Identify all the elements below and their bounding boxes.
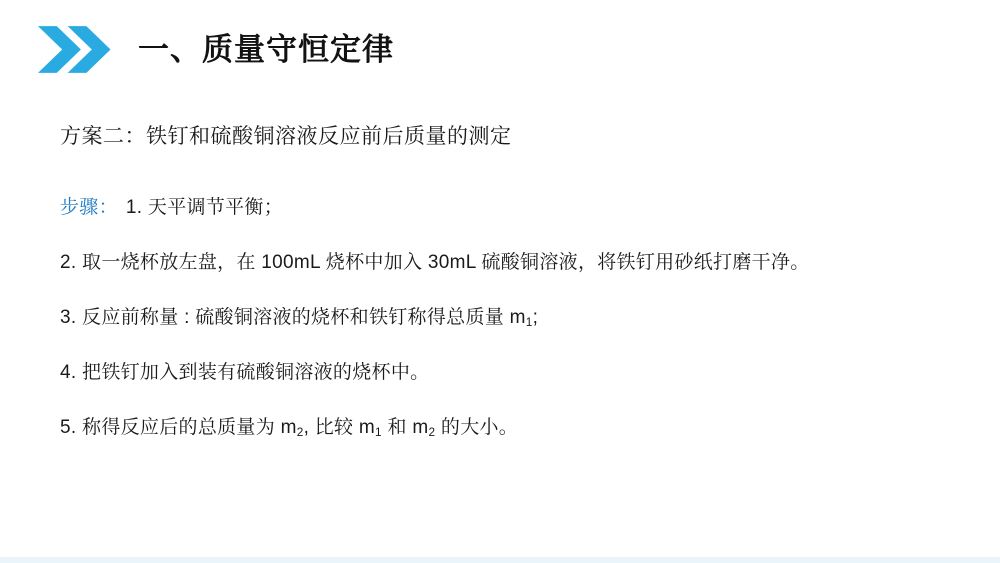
step-text-4: 4. 把铁钉加入到装有硫酸铜溶液的烧杯中。 xyxy=(60,362,429,383)
slide-header: 一、质量守恒定律 xyxy=(38,26,394,73)
step-line-4: 4. 把铁钉加入到装有硫酸铜溶液的烧杯中。 xyxy=(60,361,970,385)
step-line-3: 3. 反应前称量 : 硫酸铜溶液的烧杯和铁钉称得总质量 m1; xyxy=(60,306,970,330)
steps-label: 步骤： xyxy=(60,197,126,218)
step-line-5: 5. 称得反应后的总质量为 m2, 比较 m1 和 m2 的大小。 xyxy=(60,416,970,440)
double-chevron-icon xyxy=(38,26,116,73)
step-line-1: 步骤：1. 天平调节平衡； xyxy=(60,196,970,220)
step-line-2: 2. 取一烧杯放左盘，在 100mL 烧杯中加入 30mL 硫酸铜溶液，将铁钉用… xyxy=(60,251,970,275)
step-text-5: 5. 称得反应后的总质量为 m2, 比较 m1 和 m2 的大小。 xyxy=(60,417,518,438)
footer-accent-bar xyxy=(0,557,1000,563)
step-text-1: 1. 天平调节平衡； xyxy=(126,197,283,218)
steps-list: 步骤：1. 天平调节平衡； 2. 取一烧杯放左盘，在 100mL 烧杯中加入 3… xyxy=(60,196,970,471)
slide-title: 一、质量守恒定律 xyxy=(138,26,394,73)
chevron-shape-1 xyxy=(38,26,81,73)
scheme-subtitle: 方案二：铁钉和硫酸铜溶液反应前后质量的测定 xyxy=(60,123,512,151)
step-text-2: 2. 取一烧杯放左盘，在 100mL 烧杯中加入 30mL 硫酸铜溶液，将铁钉用… xyxy=(60,252,810,273)
step-text-3: 3. 反应前称量 : 硫酸铜溶液的烧杯和铁钉称得总质量 m1; xyxy=(60,307,538,328)
slide: 一、质量守恒定律 方案二：铁钉和硫酸铜溶液反应前后质量的测定 步骤：1. 天平调… xyxy=(0,0,1000,563)
